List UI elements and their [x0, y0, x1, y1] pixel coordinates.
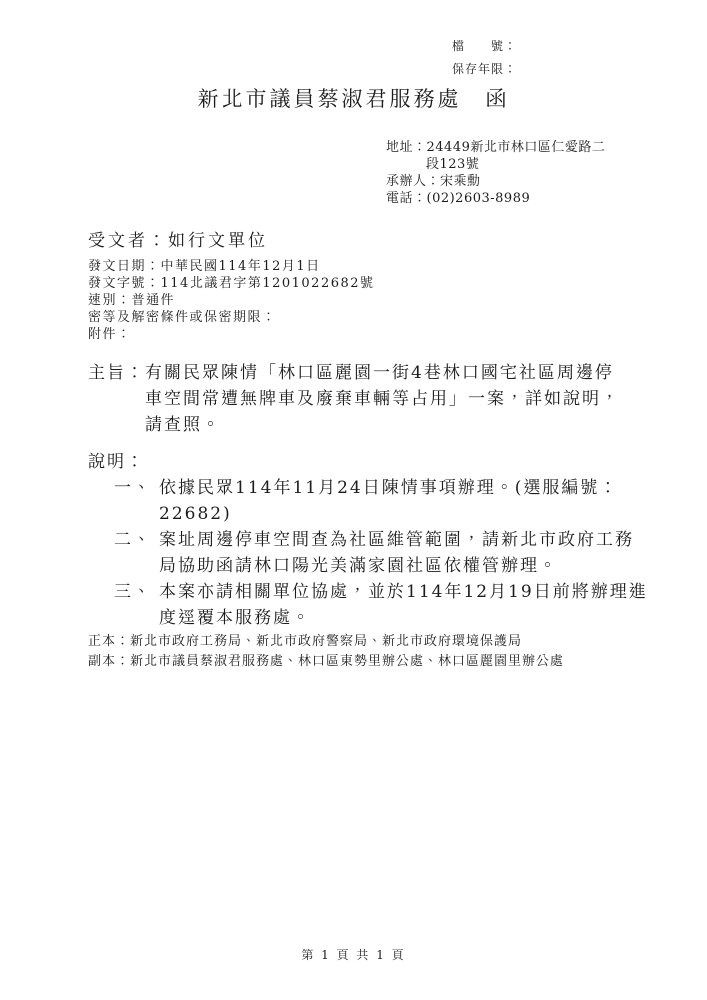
address-line-2: 段123號 [386, 156, 605, 173]
subject-line: 車空間常遭無牌車及廢棄車輛等占用」一案，詳如說明， [145, 386, 620, 412]
recipient-line: 受文者：如行文單位 [88, 226, 268, 251]
document-title: 新北市議員蔡淑君服務處 函 [0, 83, 707, 113]
subject-line: 請查照。 [145, 412, 620, 438]
item-number: 三、 [114, 579, 159, 631]
item-text: 案址周邊停車空間查為社區維管範圍，請新北市政府工務 局協助函請林口陽光美滿家園社… [159, 527, 634, 579]
official-letter-page: 檔 號： 保存年限： 新北市議員蔡淑君服務處 函 地址：24449新北市林口區仁… [0, 0, 707, 1000]
original-recipients-line: 正本：新北市政府工務局、新北市政府警察局、新北市政府環境保護局 [88, 632, 564, 652]
explanation-list: 一、 依據民眾114年11月24日陳情事項辦理。(選服編號： 22682) 二、… [114, 475, 648, 631]
carbon-copy-recipients-line: 副本：新北市議員蔡淑君服務處、林口區東勢里辦公處、林口區麗園里辦公處 [88, 652, 564, 672]
item-line: 案址周邊停車空間查為社區維管範圍，請新北市政府工務 [159, 527, 634, 553]
item-line: 依據民眾114年11月24日陳情事項辦理。(選服編號： [159, 475, 618, 501]
address-line-1: 地址：24449新北市林口區仁愛路二 [386, 139, 605, 156]
item-number: 一、 [114, 475, 159, 527]
explanation-item: 一、 依據民眾114年11月24日陳情事項辦理。(選服編號： 22682) [114, 475, 648, 527]
meta-block: 發文日期：中華民國114年12月1日 發文字號：114北議君字第12010226… [88, 258, 375, 343]
file-number-label: 檔 號： [452, 35, 517, 58]
subject-text: 有關民眾陳情「林口區麗園一街4巷林口國宅社區周邊停 車空間常遭無牌車及廢棄車輛等… [145, 360, 620, 438]
item-line: 局協助函請林口陽光美滿家園社區依權管辦理。 [159, 553, 634, 579]
handler-line: 承辦人：宋乘勳 [386, 173, 605, 190]
doc-number-line: 發文字號：114北議君字第1201022682號 [88, 275, 375, 292]
subject-block: 主旨： 有關民眾陳情「林口區麗園一街4巷林口國宅社區周邊停 車空間常遭無牌車及廢… [88, 360, 620, 438]
subject-label: 主旨： [88, 360, 145, 438]
page-number: 第 1 頁 共 1 頁 [0, 946, 707, 963]
subject-line: 有關民眾陳情「林口區麗園一街4巷林口國宅社區周邊停 [145, 360, 620, 386]
explanation-label: 說明： [88, 447, 145, 472]
item-text: 依據民眾114年11月24日陳情事項辦理。(選服編號： 22682) [159, 475, 618, 527]
item-line: 22682) [159, 501, 618, 527]
copies-block: 正本：新北市政府工務局、新北市政府警察局、新北市政府環境保護局 副本：新北市議員… [88, 632, 564, 672]
explanation-item: 三、 本案亦請相關單位協處，並於114年12月19日前將辦理進 度逕覆本服務處。 [114, 579, 648, 631]
item-line: 本案亦請相關單位協處，並於114年12月19日前將辦理進 [159, 579, 648, 605]
phone-line: 電話：(02)2603-8989 [386, 190, 605, 207]
item-line: 度逕覆本服務處。 [159, 605, 648, 631]
security-line: 密等及解密條件或保密期限： [88, 309, 375, 326]
speed-line: 速別：普通件 [88, 292, 375, 309]
retention-period-label: 保存年限： [452, 58, 517, 81]
issue-date-line: 發文日期：中華民國114年12月1日 [88, 258, 375, 275]
item-text: 本案亦請相關單位協處，並於114年12月19日前將辦理進 度逕覆本服務處。 [159, 579, 648, 631]
contact-block: 地址：24449新北市林口區仁愛路二 段123號 承辦人：宋乘勳 電話：(02)… [386, 139, 605, 207]
item-number: 二、 [114, 527, 159, 579]
attachment-line: 附件： [88, 326, 375, 343]
explanation-item: 二、 案址周邊停車空間查為社區維管範圍，請新北市政府工務 局協助函請林口陽光美滿… [114, 527, 648, 579]
file-number-block: 檔 號： 保存年限： [452, 35, 517, 81]
